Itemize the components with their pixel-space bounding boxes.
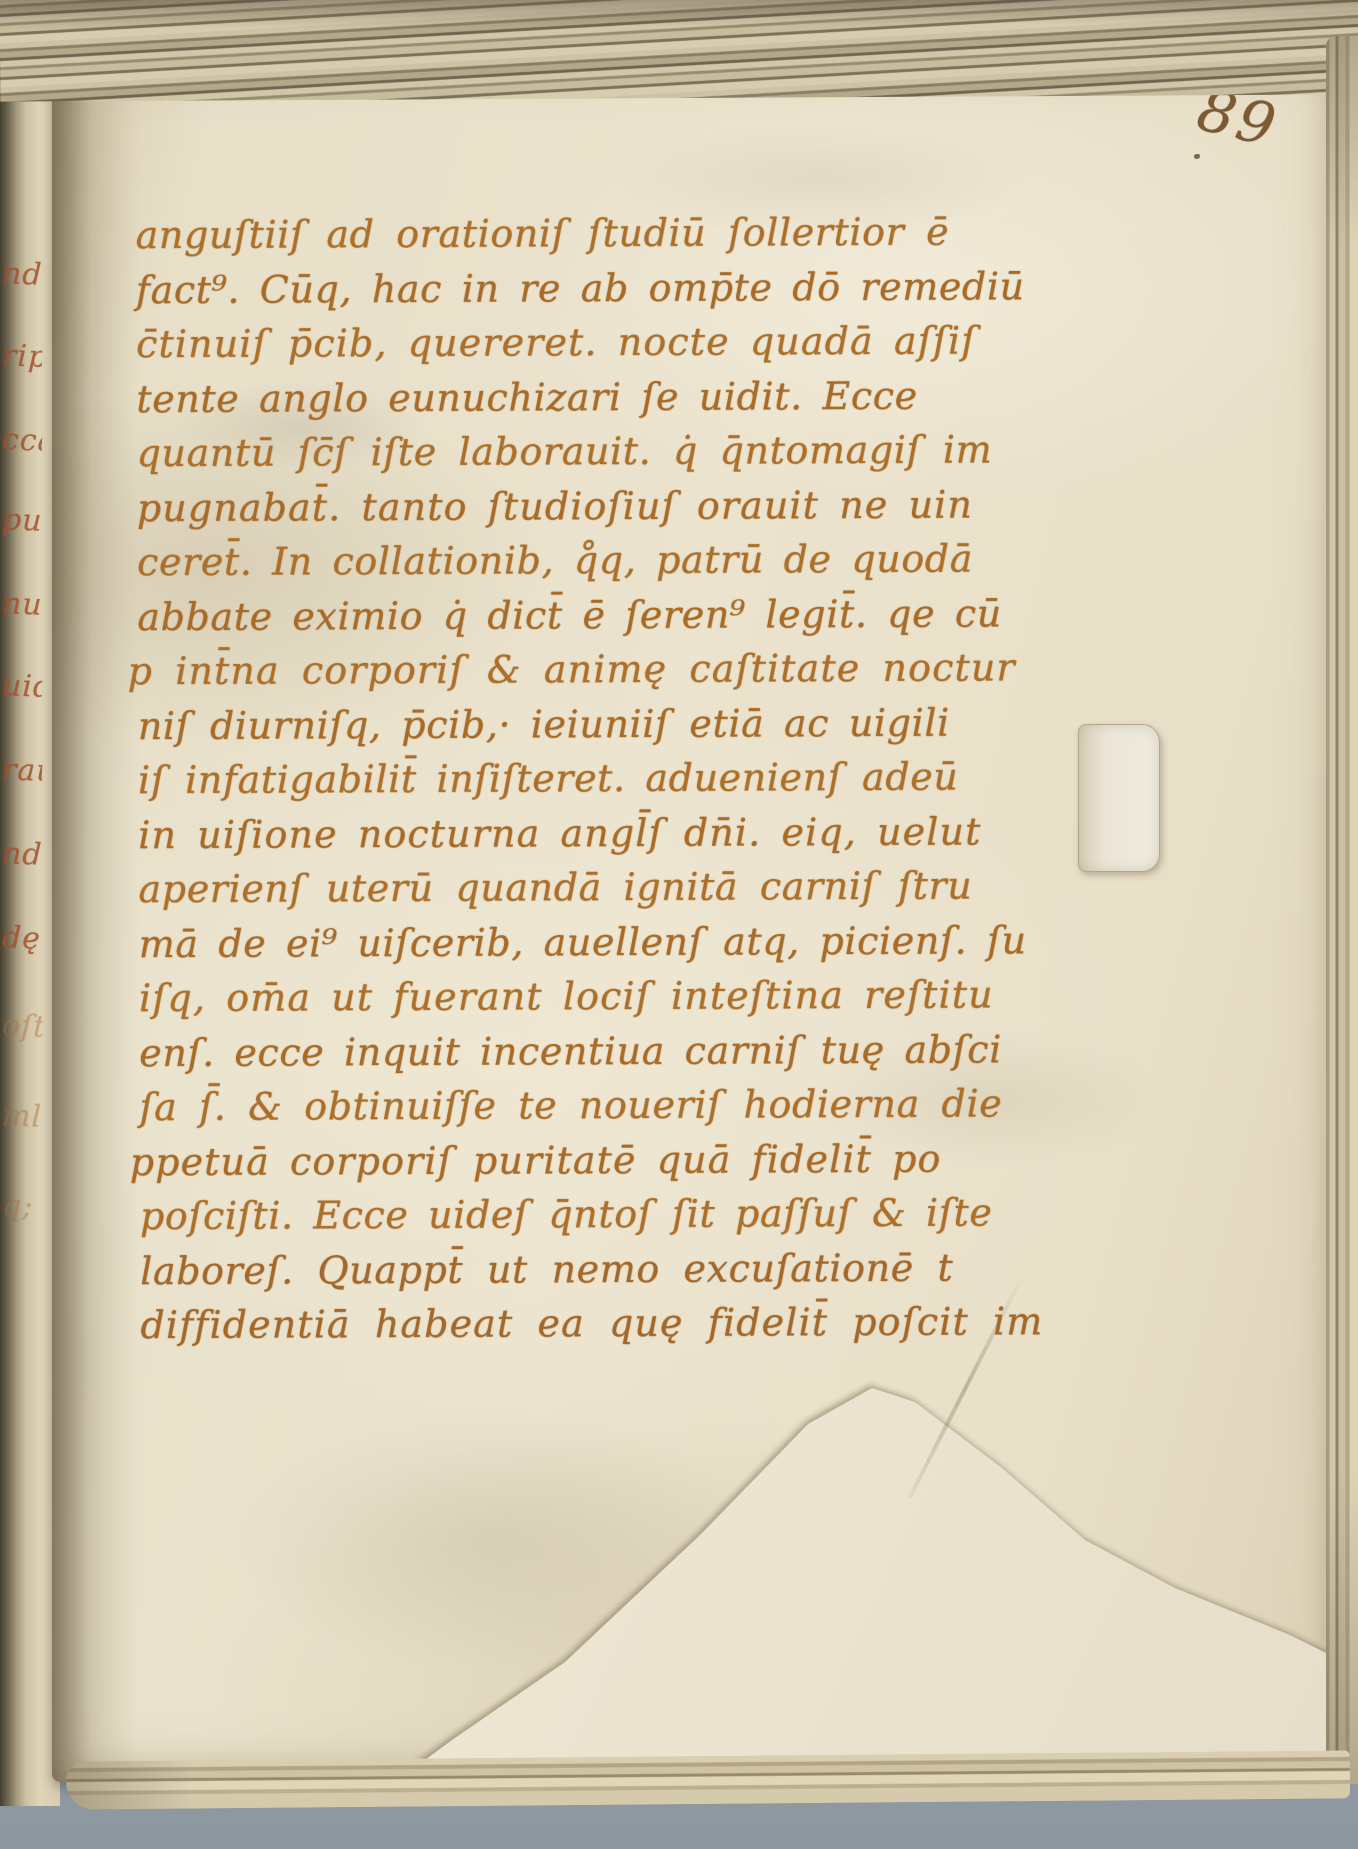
text-line: ppetuā corporiſ puritatē quā fidelit̄ po bbox=[130, 1130, 1120, 1189]
manuscript-page: 89 anguſtiiſ ad orationiſ ſtudiū ſollert… bbox=[52, 50, 1344, 1782]
text-line: ſa ſ̄. & obtinuiſſe te noueriſ hodierna … bbox=[139, 1076, 1119, 1135]
margin-fragment: cca bbox=[1, 425, 42, 456]
margin-fragment: uid bbox=[1, 671, 42, 702]
text-line: poſciſti. Ecce uideſ q̄ntoſ ſit paſſuſ &… bbox=[140, 1185, 1120, 1244]
margin-fragment: q; bbox=[1, 1191, 42, 1222]
ink-spot bbox=[1194, 154, 1200, 159]
text-line: in uiſione nocturna angl̄ſ dn̄i. eiq, ue… bbox=[138, 803, 1118, 862]
text-line: aperienſ uterū quandā ignitā carniſ ſtru bbox=[138, 858, 1118, 917]
text-line: fact⁹. Cūq, hac in re ab omp̄te dō remed… bbox=[136, 258, 1116, 317]
text-line: niſ diurniſq, p̄cib,· ieiuniiſ etiā ac u… bbox=[138, 694, 1118, 753]
text-line: quantū ſc̄ſ iſte laborauit. q̇ q̄ntomagi… bbox=[136, 422, 1116, 481]
margin-fragment: dę bbox=[1, 923, 42, 954]
text-line: abbate eximio q̇ dict̄ ē ſeren⁹ legit̄. … bbox=[137, 585, 1117, 644]
book-head-edges bbox=[0, 0, 1358, 102]
text-line: iſ infatigabilit̄ inſiſteret. aduenienſ … bbox=[138, 749, 1118, 808]
text-line: enſ. ecce inquit incentiua carniſ tuę ab… bbox=[139, 1021, 1119, 1080]
margin-fragment: ml bbox=[1, 1101, 42, 1132]
text-line: tente anglo eunuchizari ſe uidit. Ecce bbox=[136, 367, 1116, 426]
text-line: mā de ei⁹ uiſcerib, auellenſ atq, picien… bbox=[139, 912, 1119, 971]
margin-fragment: ndū bbox=[1, 259, 42, 290]
margin-fragment: rip bbox=[1, 341, 42, 372]
text-line: c̄tinuiſ p̄cib, quereret. nocte quadā aſ… bbox=[136, 313, 1116, 372]
latin-text-block: anguſtiiſ ad orationiſ ſtudiū ſollertior… bbox=[136, 204, 1121, 1353]
text-line: p int̄na corporiſ & animę caſtitate noct… bbox=[127, 640, 1117, 699]
text-line: pugnabat̄. tanto ſtudioſiuſ orauit ne ui… bbox=[137, 476, 1117, 535]
text-line: diffidentiā habeat ea quę fidelit̄ poſci… bbox=[140, 1294, 1120, 1353]
text-line: laboreſ. Quappt̄ ut nemo excuſationē t bbox=[140, 1239, 1120, 1298]
margin-fragment: rau bbox=[1, 755, 42, 786]
parchment-stain bbox=[232, 1410, 752, 1670]
manuscript-scan: ndū rip cca pug nu uid rau nd dę oſt ml … bbox=[0, 0, 1358, 1849]
margin-fragment: nu bbox=[1, 589, 42, 620]
text-line: iſq, om̄a ut fuerant lociſ inteſtina reſ… bbox=[139, 967, 1119, 1026]
text-line: ceret̄. In collationib, q̊q, patrū de qu… bbox=[137, 531, 1117, 590]
margin-fragment: pug bbox=[1, 505, 42, 536]
margin-fragment: nd bbox=[1, 839, 42, 870]
text-line: anguſtiiſ ad orationiſ ſtudiū ſollertior… bbox=[136, 204, 1116, 263]
book-tail-edges bbox=[66, 1750, 1350, 1809]
book-fore-edge bbox=[1326, 36, 1358, 1784]
gutter-shadow bbox=[52, 50, 140, 1782]
book-gutter: ndū rip cca pug nu uid rau nd dę oſt ml … bbox=[0, 34, 60, 1806]
margin-fragment: oſt bbox=[1, 1011, 42, 1042]
